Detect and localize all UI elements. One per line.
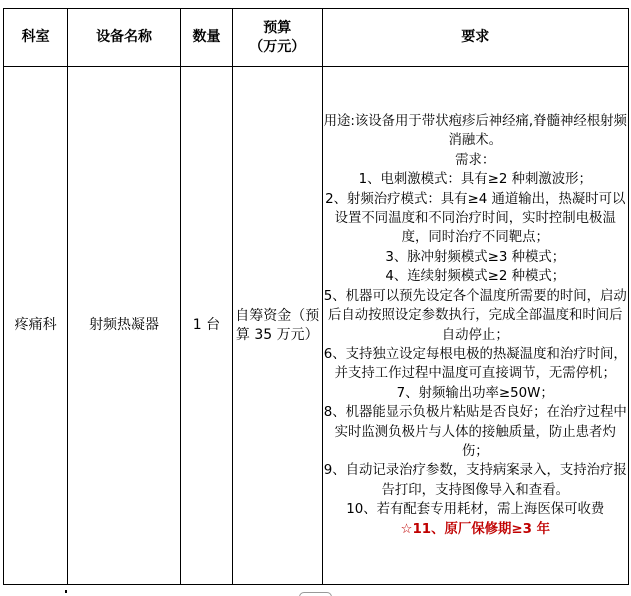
requirement-item: 5、机器可以预先设定各个温度所需要的时间，启动后自动按照设定参数执行，完成全部温… [323,287,629,345]
header-quantity: 数量 [180,9,232,67]
requirement-purpose: 用途:该设备用于带状疱疹后神经痛,脊髓神经根射频消融术。 [323,112,629,151]
table-row: 疼痛科 射频热凝器 1 台 自筹资金（预算 35 万元） 用途:该设备用于带状疱… [4,67,629,585]
requirement-item: 4、连续射频模式≥2 种模式； [323,267,629,286]
cell-quantity: 1 台 [180,67,232,585]
cell-department: 疼痛科 [4,67,68,585]
table-header-row: 科室 设备名称 数量 预算 （万元） 要求 [4,9,629,67]
requirement-item: 6、支持独立设定每根电极的热凝温度和治疗时间，并支持工作过程中温度可直接调节，无… [323,345,629,384]
requirement-item: 8、机器能显示负极片粘贴是否良好；在治疗过程中实时监测负极片与人体的接触质量，防… [323,403,629,461]
requirement-item: 10、若有配套专用耗材，需上海医保可收费 [323,500,629,519]
cell-requirements: 用途:该设备用于带状疱疹后神经痛,脊髓神经根射频消融术。 需求： 1、电刺激模式… [322,67,629,585]
requirement-item: 1、电刺激模式：具有≥2 种刺激波形； [323,170,629,189]
requirement-item: 2、射频治疗模式：具有≥4 通道输出，热凝时可以设置不同温度和不同治疗时间，实时… [323,190,629,248]
requirement-item: 7、射频输出功率≥50W； [323,384,629,403]
header-budget: 预算 （万元） [233,9,322,67]
header-requirements: 要求 [322,9,629,67]
header-budget-line2: （万元） [233,38,321,57]
header-department: 科室 [4,9,68,67]
header-budget-line1: 预算 [233,19,321,38]
cell-device-name: 射频热凝器 [68,67,181,585]
stray-mark [65,590,67,593]
equipment-spec-table: 科室 设备名称 数量 预算 （万元） 要求 疼痛科 射频热凝器 1 台 自筹资金… [3,8,629,585]
partial-button[interactable] [299,592,332,596]
requirement-needs-label: 需求： [323,151,629,170]
header-device-name: 设备名称 [68,9,181,67]
cell-budget: 自筹资金（预算 35 万元） [233,67,322,585]
requirement-item: 3、脉冲射频模式≥3 种模式； [323,248,629,267]
requirement-warranty-highlight: ☆11、原厂保修期≥3 年 [323,520,629,539]
requirement-item: 9、自动记录治疗参数，支持病案录入，支持治疗报告打印，支持图像导入和查看。 [323,461,629,500]
